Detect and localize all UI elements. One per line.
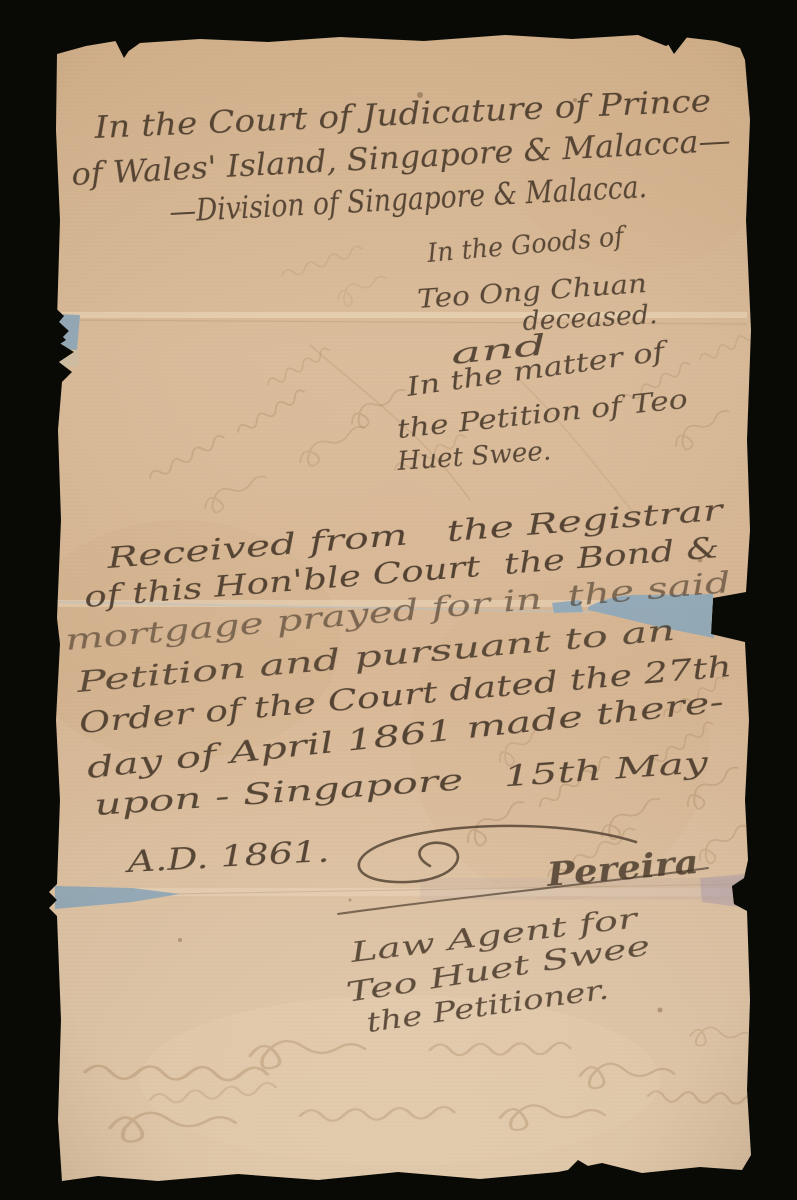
paper-vignette (40, 20, 760, 1190)
manuscript-photo: In the Court of Judicature of Prince of … (0, 0, 797, 1200)
manuscript-canvas: In the Court of Judicature of Prince of … (0, 0, 797, 1200)
